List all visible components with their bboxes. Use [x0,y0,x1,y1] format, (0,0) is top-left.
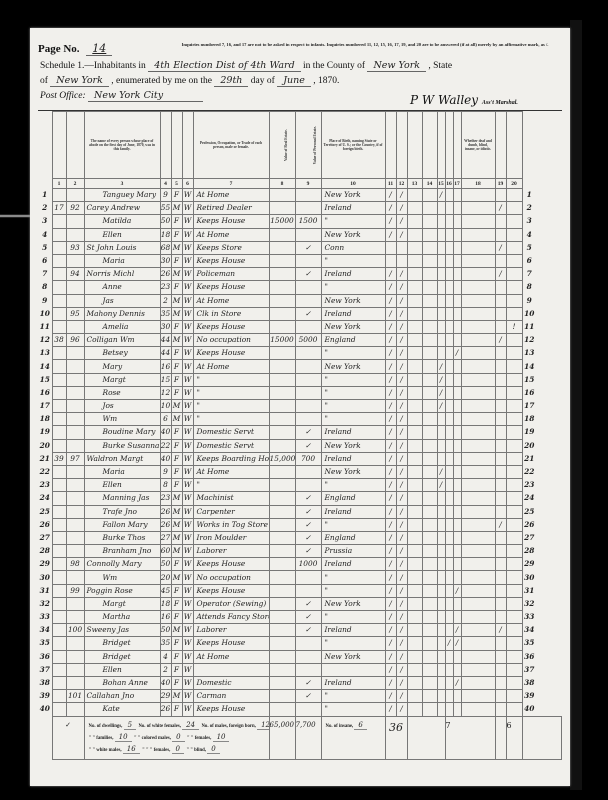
cell-occ: Keeps House [193,558,269,571]
cell-fam [66,676,84,689]
cell-fam: 93 [66,241,84,254]
cell-c16 [445,676,453,689]
cell-name: Rose [84,386,160,399]
cell-c15 [437,558,445,571]
cell-c13 [407,597,422,610]
cell-c14 [422,268,437,281]
cell-c19 [495,465,506,478]
cell-dw [52,320,66,333]
cell-c12: / [396,373,407,386]
cell-c13 [407,202,422,215]
cell-re [269,439,295,452]
table-row: 1095Mahony Dennis35MWClk in Store✓Irelan… [38,307,562,320]
cell-c20 [506,307,522,320]
cell-c12: / [396,663,407,676]
cell-occ: Machinist [193,492,269,505]
cell-c13 [407,584,422,597]
cell-color: W [182,413,193,426]
table-row: 37Ellen2FW//37 [38,663,562,676]
cell-c13 [407,690,422,703]
cell-name: Branham Jno [84,545,160,558]
line-number: 29 [38,558,52,571]
cell-birth: " [321,373,385,386]
cell-c18 [461,215,495,228]
cell-c17 [453,558,461,571]
cell-color: W [182,334,193,347]
cell-birth: Ireland [321,268,385,281]
citizens-total: 6 [506,716,522,759]
cell-c17 [453,334,461,347]
cell-occ: Keeps House [193,320,269,333]
cell-occ: Clk in Store [193,307,269,320]
cell-birth: England [321,531,385,544]
cell-occ: At Home [193,465,269,478]
cell-age: 40 [160,426,171,439]
cell-c18 [461,202,495,215]
line-number-right: 20 [522,439,536,452]
cell-dw [52,426,66,439]
table-row: 18Wm6MW""//18 [38,413,562,426]
cell-c14 [422,241,437,254]
cell-c13 [407,189,422,202]
cell-c17 [453,611,461,624]
cell-color: W [182,202,193,215]
line-number-right: 6 [522,254,536,267]
cell-c17 [453,518,461,531]
census-rows: 1Tanguey Mary9FWAt HomeNew York///121792… [38,189,562,717]
cell-c19 [495,637,506,650]
cell-birth: " [321,400,385,413]
cell-c17 [453,228,461,241]
cell-sex: F [171,479,182,492]
line-number-right: 9 [522,294,536,307]
cell-fam [66,215,84,228]
cell-pe: ✓ [295,492,321,505]
cell-fam [66,439,84,452]
cell-name: Betsey [84,347,160,360]
line-number-right: 29 [522,558,536,571]
cell-c17 [453,268,461,281]
line-number-right: 18 [522,413,536,426]
cell-c12: / [396,518,407,531]
cell-name: Bohan Anne [84,676,160,689]
cell-c12 [396,241,407,254]
cell-dw [52,505,66,518]
cell-c17 [453,479,461,492]
cell-c12: / [396,307,407,320]
cell-c14 [422,703,437,716]
cell-color: W [182,637,193,650]
cell-c17 [453,254,461,267]
cell-c17 [453,690,461,703]
cell-c20 [506,571,522,584]
cell-c19 [495,320,506,333]
cell-c12: / [396,413,407,426]
cell-c12: / [396,611,407,624]
cell-c19 [495,690,506,703]
cell-c12: / [396,294,407,307]
line-number: 10 [38,307,52,320]
col-header-11: Father of foreign birth. [385,112,396,179]
cell-sex: M [171,268,182,281]
line-number: 5 [38,241,52,254]
table-row: 17Jos10MW""///17 [38,400,562,413]
cell-re [269,347,295,360]
cell-color: W [182,479,193,492]
cell-c20 [506,426,522,439]
cell-name: Kate [84,703,160,716]
cell-c17 [453,465,461,478]
cell-c16 [445,531,453,544]
cell-name: Callahan Jno [84,690,160,703]
cell-c19: / [495,624,506,637]
cell-c16 [445,518,453,531]
cell-c12: / [396,479,407,492]
cell-occ: Keeps Store [193,241,269,254]
cell-c19 [495,650,506,663]
cell-c14 [422,347,437,360]
col-header-17: Cannot write. [453,112,461,179]
cell-pe [295,650,321,663]
line-number: 9 [38,294,52,307]
cell-birth: " [321,637,385,650]
cell-birth: Ireland [321,624,385,637]
cell-color: W [182,294,193,307]
cell-c16 [445,254,453,267]
cell-fam [66,360,84,373]
cell-c19 [495,558,506,571]
cell-c14 [422,611,437,624]
cell-c15 [437,215,445,228]
cell-c12: / [396,360,407,373]
line-number: 31 [38,584,52,597]
cell-c14 [422,518,437,531]
cell-c12: / [396,320,407,333]
cell-c13 [407,373,422,386]
cell-c19 [495,228,506,241]
cell-re [269,228,295,241]
cell-name: Matilda [84,215,160,228]
cell-c20 [506,228,522,241]
cell-dw [52,676,66,689]
cell-age: 22 [160,439,171,452]
cell-c16 [445,492,453,505]
cell-c11: / [385,400,396,413]
cell-c19 [495,413,506,426]
table-row: 6Maria30FWKeeps House"6 [38,254,562,267]
table-row: 13Betsey44FWKeeps House"///13 [38,347,562,360]
cell-c18 [461,386,495,399]
cell-c14 [422,281,437,294]
cell-fam [66,281,84,294]
cell-fam [66,479,84,492]
district-field: 4th Election Dist of 4th Ward [148,60,300,72]
cell-re [269,241,295,254]
post-office-line: Post Office: New York City [40,90,203,101]
instructions-note: Inquiries numbered 7, 16, and 17 are not… [165,42,565,48]
table-row: 35Bridget35FWKeeps House"////35 [38,637,562,650]
cell-color: W [182,703,193,716]
cell-re [269,320,295,333]
cell-c14 [422,334,437,347]
cell-color: W [182,281,193,294]
line-number: 6 [38,254,52,267]
cell-fam [66,505,84,518]
cell-re [269,624,295,637]
cell-dw: 39 [52,452,66,465]
cell-color: W [182,400,193,413]
cell-sex: M [171,241,182,254]
cell-age: 23 [160,492,171,505]
table-row: 9Jas2MWAt HomeNew York//9 [38,294,562,307]
cell-c15 [437,307,445,320]
cell-c11: / [385,215,396,228]
cell-c15 [437,294,445,307]
cell-age: 30 [160,320,171,333]
cell-dw: 38 [52,334,66,347]
cell-c19 [495,584,506,597]
cell-c13 [407,400,422,413]
cell-c20 [506,439,522,452]
table-row: 27Burke Thos27MWIron Moulder✓England//27 [38,531,562,544]
cell-c18 [461,426,495,439]
cell-fam [66,637,84,650]
cell-birth: Ireland [321,558,385,571]
cell-color: W [182,663,193,676]
cell-occ: " [193,386,269,399]
cell-sex: M [171,413,182,426]
cell-sex: F [171,228,182,241]
cell-c19 [495,545,506,558]
cell-fam [66,189,84,202]
cell-c18 [461,307,495,320]
cell-dw [52,386,66,399]
cell-sex: F [171,597,182,610]
cell-c15 [437,281,445,294]
cell-c20 [506,373,522,386]
table-row: 34100Sweeny Jas50MWLaborer✓Ireland////34 [38,624,562,637]
cell-fam [66,571,84,584]
cell-c20 [506,637,522,650]
cell-birth: New York [321,189,385,202]
cell-sex: F [171,426,182,439]
line-number: 1 [38,189,52,202]
cell-re [269,518,295,531]
cell-c16 [445,597,453,610]
cell-fam [66,703,84,716]
cell-pe [295,637,321,650]
cell-c20 [506,650,522,663]
cell-name: Wm [84,571,160,584]
cell-fam [66,531,84,544]
cell-sex: M [171,334,182,347]
cell-pe [295,386,321,399]
cell-c16 [445,215,453,228]
cell-c11: / [385,492,396,505]
cell-re [269,360,295,373]
cell-age: 27 [160,531,171,544]
cell-c13 [407,650,422,663]
table-row: 20Burke Susanna22FWDomestic Servt✓New Yo… [38,439,562,452]
line-number-right: 3 [522,215,536,228]
page-summary: ✓ No. of dwellings, 5 No. of white femal… [38,716,562,759]
cell-color: W [182,492,193,505]
cell-c17 [453,452,461,465]
cell-c18 [461,584,495,597]
cell-sex: F [171,584,182,597]
cell-pe [295,360,321,373]
cell-c18 [461,597,495,610]
cell-age: 16 [160,611,171,624]
cell-sex: M [171,492,182,505]
cell-c15 [437,320,445,333]
line-number: 2 [38,202,52,215]
cell-color: W [182,215,193,228]
cell-c12: / [396,584,407,597]
line-number: 40 [38,703,52,716]
cell-c11: / [385,307,396,320]
cell-dw [52,479,66,492]
cell-fam: 94 [66,268,84,281]
cell-age: 68 [160,241,171,254]
cell-c12: / [396,268,407,281]
cell-c18 [461,663,495,676]
cell-c11: / [385,479,396,492]
cell-c17 [453,373,461,386]
cell-occ: At Home [193,189,269,202]
cell-c13 [407,360,422,373]
cell-c11 [385,254,396,267]
cell-c20: ! [506,320,522,333]
cell-c13 [407,241,422,254]
scan-edge [582,0,608,800]
cell-c20 [506,202,522,215]
cell-c20 [506,663,522,676]
table-row: 23Ellen8FW""///23 [38,479,562,492]
cell-c12: / [396,637,407,650]
cell-c14 [422,202,437,215]
cell-dw [52,545,66,558]
cell-birth: Ireland [321,505,385,518]
cell-c17 [453,202,461,215]
table-row: 36Bridget4FWAt HomeNew York//36 [38,650,562,663]
line-number-right: 1 [522,189,536,202]
cell-c12: / [396,531,407,544]
cell-dw [52,492,66,505]
cell-c12: / [396,386,407,399]
cell-pe [295,189,321,202]
line-number: 22 [38,465,52,478]
line-number: 20 [38,439,52,452]
table-row: 26Fallon Mary26MWWorks in Tog Store✓"///… [38,518,562,531]
cell-c15: / [437,360,445,373]
table-row: 30Wm20MWNo occupation"//30 [38,571,562,584]
cell-fam: 98 [66,558,84,571]
cell-birth: Ireland [321,676,385,689]
line-number-right: 33 [522,611,536,624]
cell-occ: Carman [193,690,269,703]
cell-pe [295,663,321,676]
cell-re [269,426,295,439]
cell-c13 [407,531,422,544]
cell-c19: / [495,202,506,215]
cell-sex: M [171,202,182,215]
cell-c14 [422,558,437,571]
cell-c14 [422,254,437,267]
cell-c11: / [385,334,396,347]
cell-c15 [437,545,445,558]
col-header-16: Cannot read. [445,112,453,179]
cell-age: 55 [160,202,171,215]
cell-color: W [182,307,193,320]
cell-c18 [461,347,495,360]
cell-birth: England [321,492,385,505]
cell-c19 [495,676,506,689]
cell-c14 [422,571,437,584]
cell-c15: / [437,386,445,399]
col-header-19: Male Citizens of U. S. of 21 years of ag… [495,112,506,179]
line-number: 30 [38,571,52,584]
real-estate-total: 65,000 [269,716,295,759]
cell-name: Boudine Mary [84,426,160,439]
cell-pe [295,703,321,716]
cell-pe: ✓ [295,676,321,689]
cell-c17 [453,413,461,426]
col-header-2: Families, numbered in the order of visit… [66,112,84,179]
cell-c18 [461,360,495,373]
cell-birth: New York [321,320,385,333]
cell-age: 16 [160,360,171,373]
table-row: 33Martha16FWAttends Fancy Store✓"//33 [38,611,562,624]
cell-c13 [407,505,422,518]
cell-dw [52,637,66,650]
cell-name: Fallon Mary [84,518,160,531]
cell-occ: At Home [193,360,269,373]
cell-c14 [422,624,437,637]
col-header-13: If born within the year, state month. [407,112,422,179]
col-header-1: Dwelling-houses, numbered in the order o… [52,112,66,179]
cell-sex: F [171,189,182,202]
cell-c11: / [385,189,396,202]
line-number: 11 [38,320,52,333]
cell-occ: Keeps House [193,584,269,597]
cell-c15 [437,241,445,254]
cell-occ: Operator (Sewing) [193,597,269,610]
cell-dw [52,241,66,254]
cell-c14 [422,400,437,413]
cell-c11: / [385,611,396,624]
cell-age: 6 [160,413,171,426]
cell-name: Waldron Margt [84,452,160,465]
cell-c18 [461,334,495,347]
cell-fam [66,663,84,676]
cell-dw [52,518,66,531]
county-field: New York [367,60,426,72]
cell-fam: 96 [66,334,84,347]
cell-c18 [461,228,495,241]
cell-c15 [437,637,445,650]
line-number: 28 [38,545,52,558]
cell-re [269,690,295,703]
cell-c14 [422,413,437,426]
cell-occ: Keeps House [193,637,269,650]
cell-occ: Domestic Servt [193,439,269,452]
cell-color: W [182,531,193,544]
cell-pe: ✓ [295,690,321,703]
cell-dw [52,690,66,703]
cell-pe: ✓ [295,518,321,531]
cell-age: 20 [160,571,171,584]
